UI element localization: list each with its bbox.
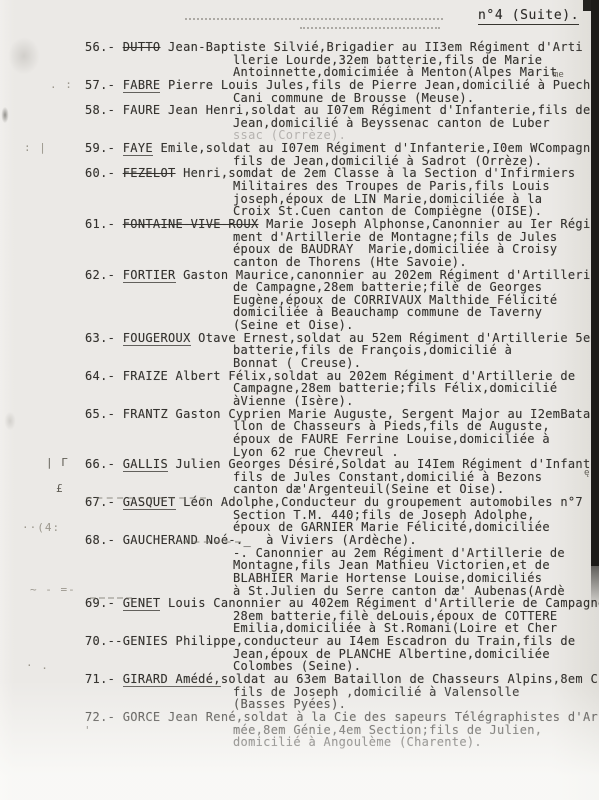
entry-surname: FABRE xyxy=(123,78,161,93)
entry-surname: DUTTO xyxy=(123,40,161,54)
entry-number: 59.- xyxy=(85,141,123,155)
entry-64: 64.- FRAIZE Albert Félix,soldat au 202em… xyxy=(85,370,599,408)
entry-number: 72.- xyxy=(85,710,123,724)
entry-continuation-line: Militaires des Troupes de Paris,fils Lou… xyxy=(85,180,599,193)
entry-text: Léon Adolphe,Conducteur du groupement au… xyxy=(176,495,583,509)
entry-72: 72.- GORCE Jean René,soldat à la Cie des… xyxy=(85,711,599,749)
entry-first-line: 59.- FAYE Emile,soldat au I07em Régiment… xyxy=(85,142,599,155)
scan-smudge xyxy=(0,104,10,126)
entry-69: 69.- GENET Louis Canonnier au 402em Régi… xyxy=(85,597,599,635)
entry-surname: GORCE xyxy=(123,710,161,724)
entry-59: 59.- FAYE Emile,soldat au I07em Régiment… xyxy=(85,142,599,167)
entry-number: 68.- xyxy=(85,533,123,547)
pencil-margin-mark: me xyxy=(553,70,564,80)
entry-57: 57.- FABRE Pierre Louis Jules,fils de Pi… xyxy=(85,79,599,104)
pencil-margin-mark: ~ - =- xyxy=(30,583,76,596)
pencil-margin-mark: : | xyxy=(24,141,47,154)
entry-first-line: 72.- GORCE Jean René,soldat à la Cie des… xyxy=(85,711,599,724)
entry-first-line: 57.- FABRE Pierre Louis Jules,fils de Pi… xyxy=(85,79,599,92)
entry-surname: GENIES xyxy=(123,634,168,648)
entry-number: 61.- xyxy=(85,217,123,231)
pencil-margin-mark: ··(4: xyxy=(22,521,60,534)
entry-surname: FRANTZ xyxy=(123,407,168,421)
entry-first-line: 69.- GENET Louis Canonnier au 402em Régi… xyxy=(85,597,599,610)
entry-text: Jean-Baptiste Silvié,Brigadier au II3em … xyxy=(160,40,583,54)
entry-continuation-line: BLABHIER Marie Hortense Louise,domicilié… xyxy=(85,572,599,585)
entry-number: 70.-- xyxy=(85,634,123,648)
scanned-document-page: n°4 (Suite). 56.- DUTTO Jean-Baptiste Si… xyxy=(0,0,599,800)
entry-66: 66.- GALLIS Julien Georges Désiré,Soldat… xyxy=(85,458,599,496)
faint-dash-line xyxy=(300,27,440,29)
entry-first-line: 58.- FAURE Jean Henri,soldat au I07em Ré… xyxy=(85,104,599,117)
entry-continuation-line: époux de BAUDRAY Marie,domiciliée à Croi… xyxy=(85,243,599,256)
entry-surname: FEZELOT xyxy=(123,166,176,180)
entry-text: Noé-._ à Viviers (Ardèche). xyxy=(198,533,417,547)
entry-first-line: 70.--GENIES Philippe,conducteur au I4em … xyxy=(85,635,599,648)
entry-first-line: 61.- FONTAINE-VIVE-ROUX Marie Joseph Alp… xyxy=(85,218,599,231)
scan-edge-bar-right xyxy=(591,0,599,566)
entry-number: 64.- xyxy=(85,369,123,383)
entry-62: 62.- FORTIER Gaston Maurice,canonnier au… xyxy=(85,269,599,332)
entry-number: 66.- xyxy=(85,457,123,471)
pencil-margin-mark: . : xyxy=(50,78,73,91)
entry-text: Pierre Louis Jules,fils de Pierre Jean,d… xyxy=(160,78,598,92)
entry-number: 58.- xyxy=(85,103,123,117)
entry-71: 71.- GIRARD Amédé,soldat au 63em Bataill… xyxy=(85,673,599,711)
scan-edge-bar-fade xyxy=(591,566,599,608)
scan-smudge xyxy=(2,30,46,82)
entry-first-line: 56.- DUTTO Jean-Baptiste Silvié,Brigadie… xyxy=(85,41,599,54)
entry-number: 56.- xyxy=(85,40,123,54)
entry-60: 60.- FEZELOT Henri,somdat de 2em Classe … xyxy=(85,167,599,218)
scan-smudge xyxy=(2,408,18,434)
entry-continuation-line: Montagne,fils Jean Mathieu Victorien,et … xyxy=(85,559,599,572)
entry-67: 67.- GASQUET Léon Adolphe,Conducteur du … xyxy=(85,496,599,534)
entry-list: 56.- DUTTO Jean-Baptiste Silvié,Brigadie… xyxy=(85,41,599,749)
entry-number: 71.- xyxy=(85,672,123,686)
entry-surname: FAYE xyxy=(123,141,153,156)
entry-text: soldat au 63em Bataillon de Chasseurs Al… xyxy=(221,672,598,686)
entry-number: 60.- xyxy=(85,166,123,180)
entry-number: 65.- xyxy=(85,407,123,421)
faint-dash-line xyxy=(90,597,132,599)
entry-surname: FOUGEROUX xyxy=(123,331,191,346)
entry-continuation-line: llon de Chasseurs à Pieds,fils de August… xyxy=(85,420,599,433)
entry-surname: GAUCHERAND xyxy=(123,533,198,547)
page-number-label: n°4 (Suite). xyxy=(478,8,579,25)
entry-surname: GALLIS xyxy=(123,457,168,472)
pencil-margin-mark: ę xyxy=(584,468,589,478)
entry-continuation-line: époux de FAURE Ferrine Louise,domiciliée… xyxy=(85,433,599,446)
faint-dash-line xyxy=(185,18,443,20)
entry-63: 63.- FOUGEROUX Otave Ernest,soldat au 52… xyxy=(85,332,599,370)
entry-number: 63.- xyxy=(85,331,123,345)
pencil-margin-mark: ' xyxy=(84,724,92,737)
faint-dash-line xyxy=(86,497,206,499)
entry-number: 57.- xyxy=(85,78,123,92)
entry-surname: FORTIER xyxy=(123,268,176,283)
entry-first-line: 71.- GIRARD Amédé,soldat au 63em Bataill… xyxy=(85,673,599,686)
entry-58: 58.- FAURE Jean Henri,soldat au I07em Ré… xyxy=(85,104,599,142)
entry-61: 61.- FONTAINE-VIVE-ROUX Marie Joseph Alp… xyxy=(85,218,599,269)
entry-text: Philippe,conducteur au I4em Escadron du … xyxy=(168,634,575,648)
entry-first-line: 68.- GAUCHERAND Noé-._ à Viviers (Ardèch… xyxy=(85,534,599,547)
entry-continuation-line: domicilié à Angoulème (Charente). xyxy=(85,736,599,749)
entry-surname: FAURE xyxy=(123,103,161,117)
pencil-margin-mark: · . xyxy=(26,659,49,672)
entry-first-line: 66.- GALLIS Julien Georges Désiré,Soldat… xyxy=(85,458,599,471)
faint-dash-line xyxy=(183,541,241,543)
entry-number: 62.- xyxy=(85,268,123,282)
entry-70: 70.--GENIES Philippe,conducteur au I4em … xyxy=(85,635,599,673)
entry-text: Marie Joseph Alphonse,Canonnier au Ier R… xyxy=(259,217,591,231)
pencil-margin-mark: | Γ xyxy=(46,456,69,469)
entry-continuation-line: de Campagne,28em batterie;filè de George… xyxy=(85,281,599,294)
entry-68: 68.- GAUCHERAND Noé-._ à Viviers (Ardèch… xyxy=(85,534,599,597)
entry-surname: FRAIZE xyxy=(123,369,168,383)
entry-text: Jean René,soldat à la Cie des sapeurs Té… xyxy=(160,710,598,724)
entry-surname: FONTAINE-VIVE-ROUX xyxy=(123,217,259,231)
pencil-margin-mark: £ xyxy=(56,482,64,495)
entry-65: 65.- FRANTZ Gaston Cyprien Marie Auguste… xyxy=(85,408,599,459)
entry-56: 56.- DUTTO Jean-Baptiste Silvié,Brigadie… xyxy=(85,41,599,79)
entry-surname: GIRARD Amédé, xyxy=(123,672,221,687)
